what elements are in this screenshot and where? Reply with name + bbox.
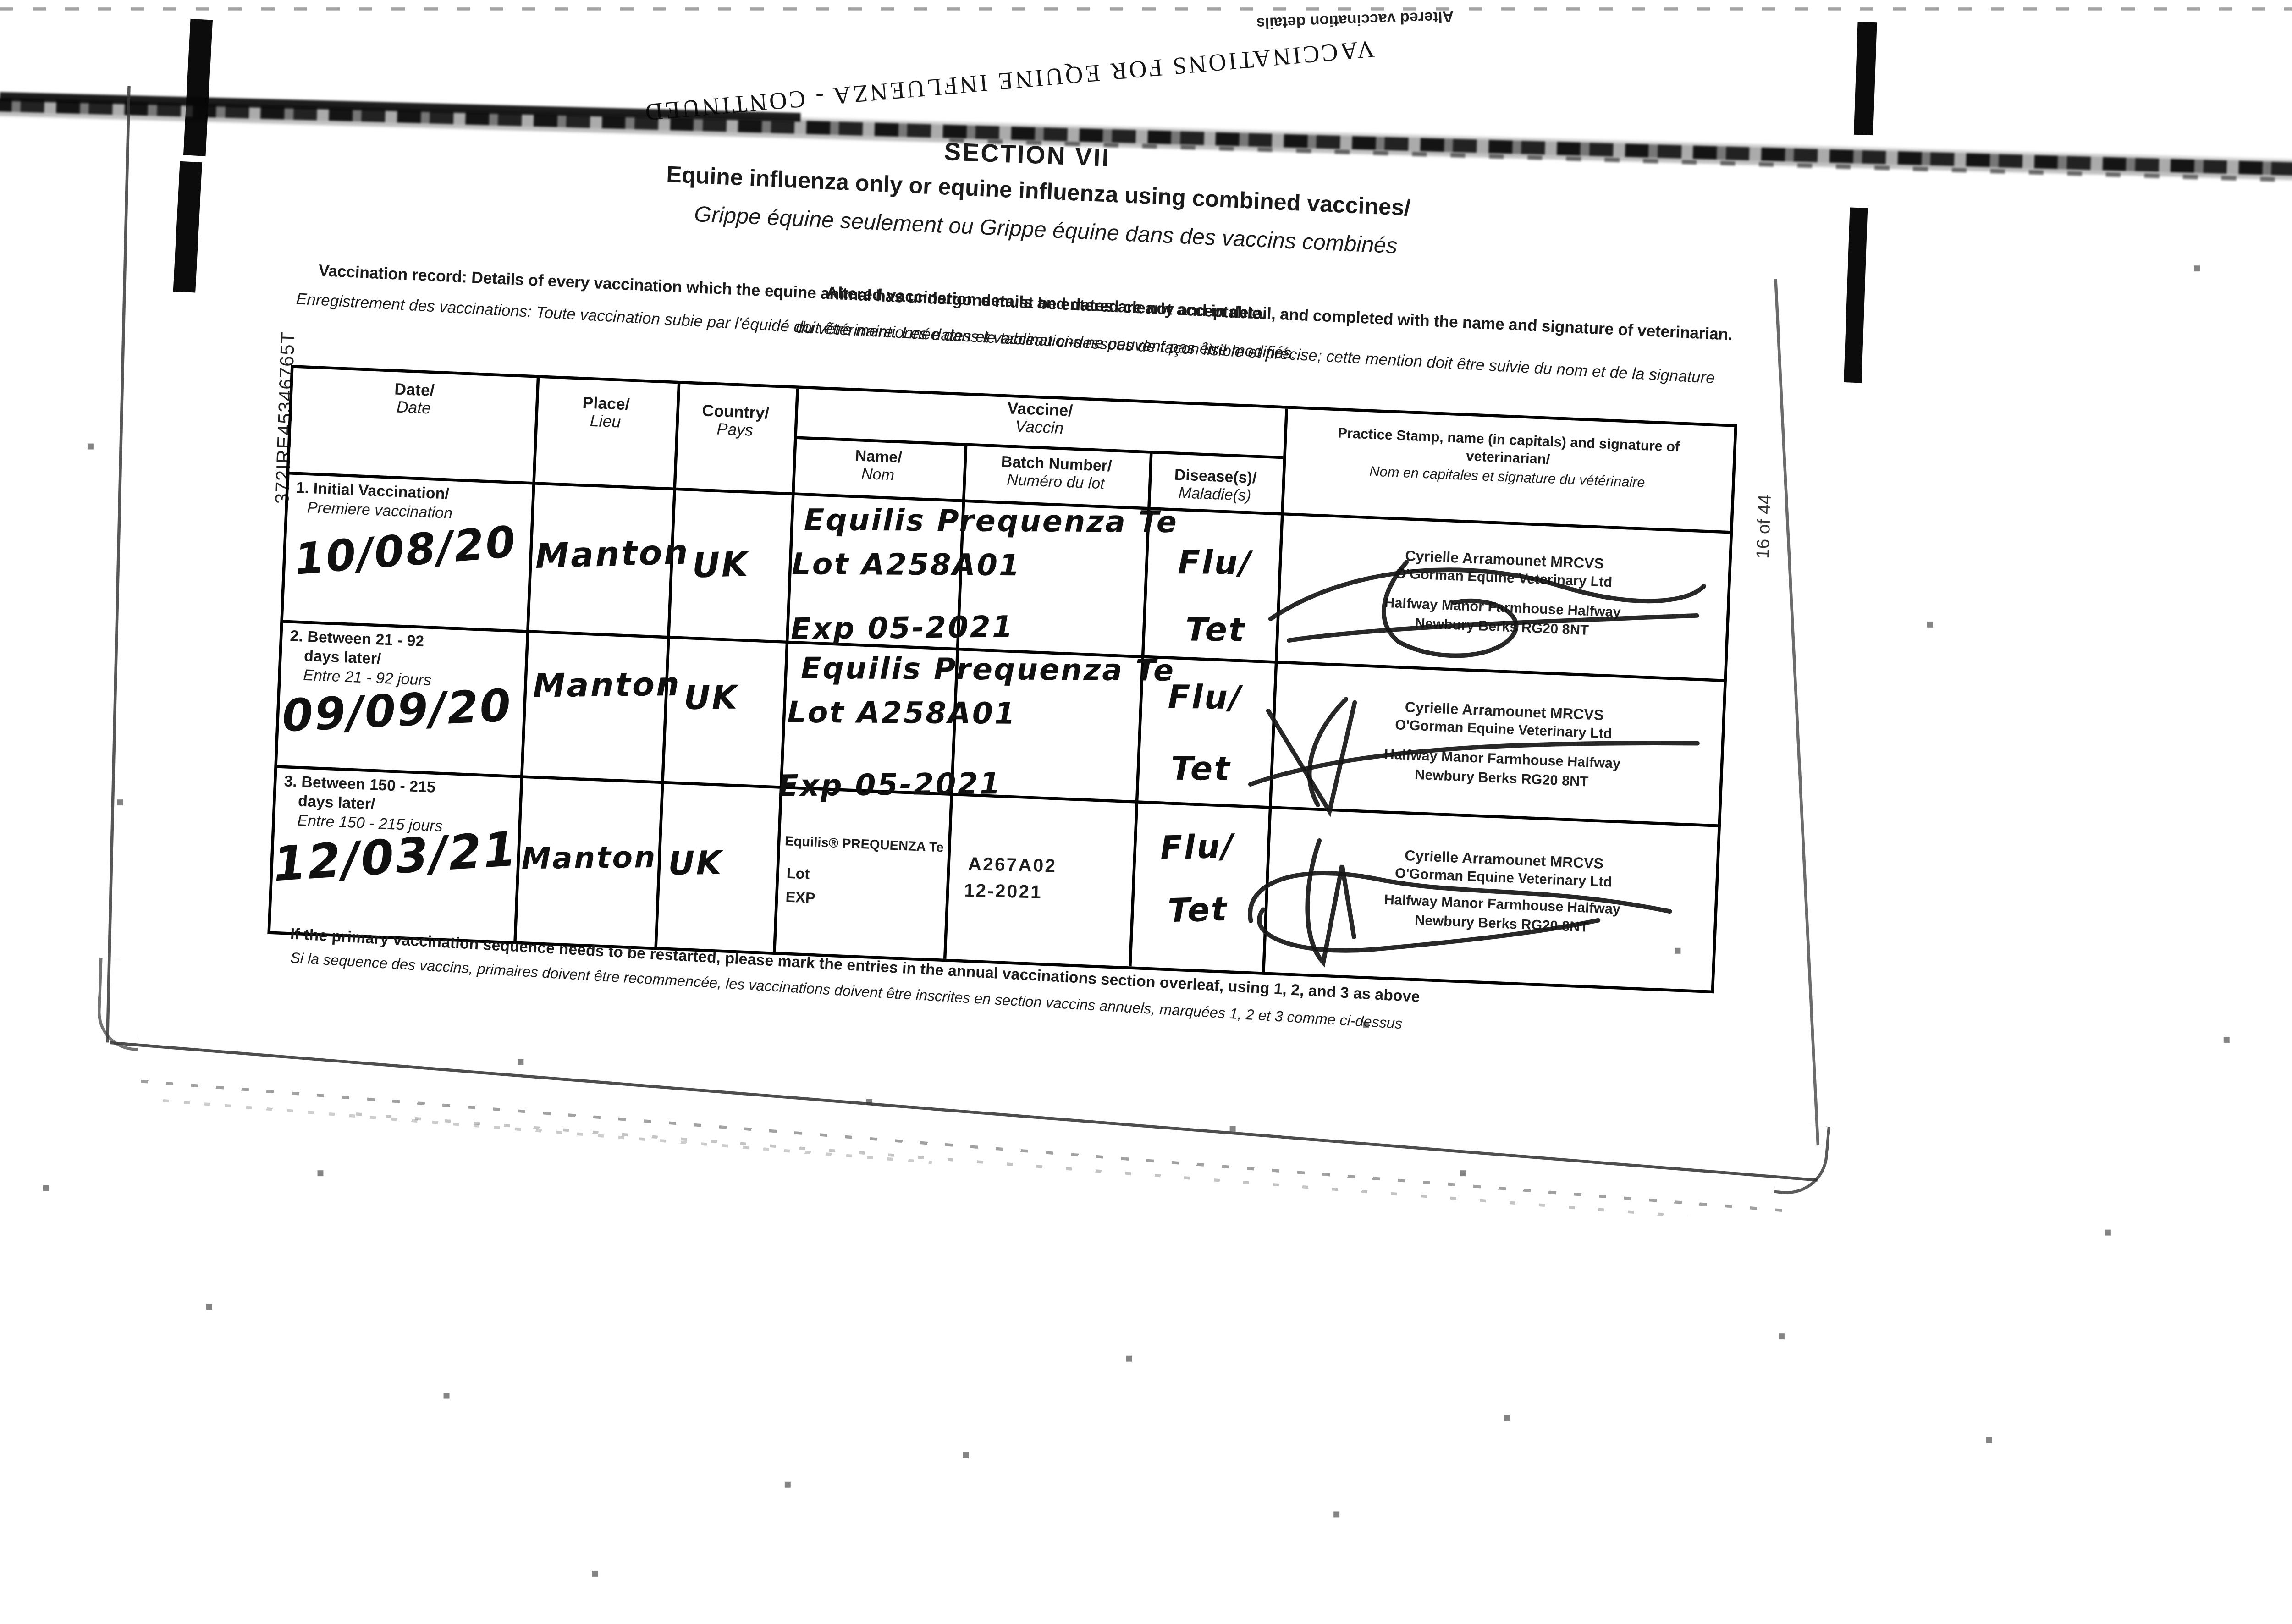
binding-mark [183, 19, 213, 156]
row3-country-handwritten: UK [668, 846, 723, 883]
page-indicator-vertical: 16 of 44 [1752, 480, 1775, 573]
row2-label-en2: days later/ [303, 648, 381, 669]
row1-place-handwritten: Manton [534, 534, 690, 577]
page-edge-left [106, 86, 131, 1043]
row2-diseases-handwritten-1: Flu/ [1168, 680, 1242, 717]
row3-vaccine-sticker-lot-label: Lot [786, 866, 810, 884]
row1-date-handwritten: 10/08/20 [292, 516, 519, 584]
page-edge-right [1774, 279, 1819, 1145]
scanned-document-page: Altered vaccination details VACCINATIONS… [0, 0, 2292, 1624]
row2-diseases-handwritten-2: Tet [1171, 751, 1231, 789]
row1-diseases-handwritten-1: Flu/ [1178, 545, 1252, 583]
row3-batch-number: A267A02 [968, 853, 1057, 876]
top-dashed-line [0, 7, 2292, 10]
row2-country-handwritten: UK [683, 680, 738, 718]
row3-vaccine-sticker-exp-label: EXP [785, 890, 815, 908]
row2-vaccine-exp-handwritten: Exp 05-2021 [778, 765, 1002, 804]
page-corner-right [1774, 1122, 1830, 1197]
header-country: Country/ Pays [675, 402, 795, 442]
row1-vaccine-name-handwritten: Equilis Prequenza Te [804, 502, 1179, 540]
scan-noise-dashes [356, 1112, 1687, 1218]
row3-place-handwritten: Manton [521, 839, 657, 876]
row2-signature [1249, 683, 1707, 832]
row1-label-fr: Premiere vaccination [307, 499, 453, 523]
row3-vaccine-sticker-name: Equilis® PREQUENZA Te [785, 833, 944, 855]
row3-diseases-handwritten-2: Tet [1168, 892, 1229, 931]
header-name: Name/ Nom [792, 445, 964, 488]
page-corner-left [96, 958, 141, 1051]
scan-noise-dashes [163, 1099, 932, 1164]
row1-vaccine-lot-handwritten: Lot A258A01 [792, 546, 1021, 583]
scan-noise-dashes [141, 1080, 1797, 1213]
row2-label-en: 2. Between 21 - 92 [290, 628, 424, 651]
header-batch: Batch Number/ Numéro du lot [963, 452, 1149, 495]
header-stamp: Practice Stamp, name (in capitals) and s… [1287, 424, 1729, 496]
row2-vaccine-lot-handwritten: Lot A258A01 [787, 694, 1017, 731]
instruction-altered-en: Altered vaccination details and dates ar… [749, 281, 1343, 327]
row3-label-en2: days later/ [298, 793, 375, 814]
row1-diseases-handwritten-2: Tet [1185, 612, 1246, 650]
binding-mark [1854, 22, 1877, 135]
binding-mark [173, 161, 202, 293]
header-disease: Disease(s)/ Maladie(s) [1148, 465, 1283, 506]
row3-signature [1234, 828, 1707, 984]
header-date: Date/ Date [292, 377, 536, 422]
row2-place-handwritten: Manton [533, 667, 681, 706]
row3-diseases-handwritten-1: Flu/ [1160, 829, 1235, 868]
row2-date-handwritten: 09/09/20 [281, 681, 513, 743]
row2-vaccine-name-handwritten: Equilis Prequenza Te [801, 650, 1175, 688]
header-place: Place/ Lieu [534, 393, 677, 434]
binding-mark [1844, 207, 1868, 383]
row1-country-handwritten: UK [692, 546, 750, 586]
scan-speckles [0, 0, 3, 3]
flipped-note: Altered vaccination details [1172, 7, 1454, 34]
passport-sheet: Altered vaccination details VACCINATIONS… [0, 0, 2292, 1624]
row3-expiry: 12-2021 [964, 880, 1042, 903]
row1-vaccine-exp-handwritten: Exp 05-2021 [790, 609, 1014, 647]
vaccination-table: Date/ Date Place/ Lieu Country/ Pays Vac… [267, 365, 1737, 993]
row1-signature [1262, 533, 1712, 669]
